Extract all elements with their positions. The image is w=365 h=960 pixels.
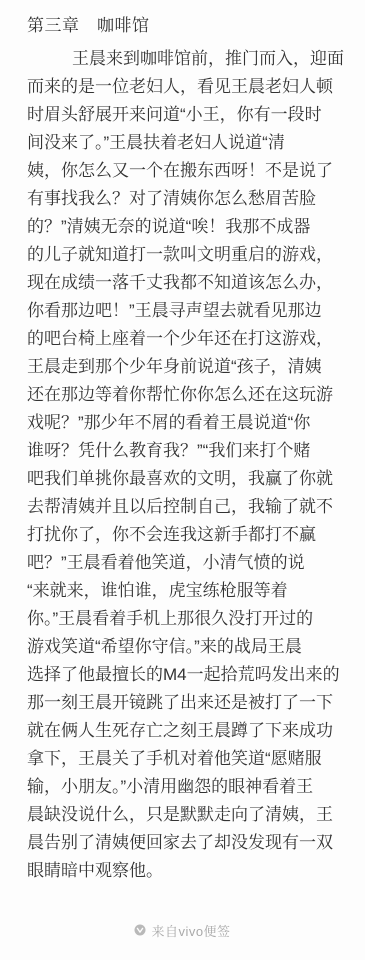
text-line: 你看那边吧！”王晨寻声望去就看见那边 xyxy=(27,297,339,325)
note-page: 第三章 咖啡馆 王晨来到咖啡馆前，推门而入，迎面而来的是一位老妇人，看见王晨老妇… xyxy=(0,0,365,960)
text-line: 晨缺没说什么，只是默默走向了清姨，王 xyxy=(27,801,339,829)
text-line: 那一刻王晨开镜跳了出来还是被打了一下 xyxy=(27,689,339,717)
source-label: 来自vivo便签 xyxy=(151,921,230,940)
text-line: 吧？”王晨看着他笑道，小清气愤的说 xyxy=(27,549,339,577)
text-line: 游戏笑道“希望你守信。”来的战局王晨 xyxy=(27,633,339,661)
text-line: 姨，你怎么又一个在搬东西呀！不是说了 xyxy=(27,157,339,185)
text-line: 就在俩人生死存亡之刻王晨蹲了下来成功 xyxy=(27,717,339,745)
text-line: 而来的是一位老妇人，看见王晨老妇人顿 xyxy=(27,73,339,101)
source-footer: 来自vivo便签 xyxy=(0,920,365,940)
text-line: 戏呢？”那少年不屑的看着王晨说道“你 xyxy=(27,409,339,437)
text-line: 现在成绩一落千丈我都不知道该怎么办， xyxy=(27,269,339,297)
text-line: 的儿子就知道打一款叫文明重启的游戏， xyxy=(27,241,339,269)
text-line: 拿下，王晨关了手机对着他笑道“愿赌服 xyxy=(27,745,339,773)
chapter-title: 第三章 咖啡馆 xyxy=(27,13,339,39)
text-line: “来就来，谁怕谁，虎宝练枪服等着 xyxy=(27,577,339,605)
text-line: 你。”王晨看着手机上那很久没打开过的 xyxy=(27,605,339,633)
text-line: 吧我们单挑你最喜欢的文明，我赢了你就 xyxy=(27,465,339,493)
text-line: 打扰你了，你不会连我这新手都打不赢 xyxy=(27,521,339,549)
text-line: 谁呀？凭什么教育我？”“我们来打个赌 xyxy=(27,437,339,465)
text-line: 间没来了。”王晨扶着老妇人说道“清 xyxy=(27,129,339,157)
text-line: 王晨走到那个少年身前说道“孩子，清姨 xyxy=(27,353,339,381)
text-line: 去帮清姨并且以后控制自己，我输了就不 xyxy=(27,493,339,521)
text-line: 时眉头舒展开来问道“小王，你有一段时 xyxy=(27,101,339,129)
text-line: 晨告别了清姨便回家去了却没发现有一双 xyxy=(27,829,339,857)
note-body-text: 王晨来到咖啡馆前，推门而入，迎面而来的是一位老妇人，看见王晨老妇人顿时眉头舒展开… xyxy=(27,45,339,885)
note-content: 第三章 咖啡馆 王晨来到咖啡馆前，推门而入，迎面而来的是一位老妇人，看见王晨老妇… xyxy=(0,0,365,885)
text-line: 眼睛暗中观察他。 xyxy=(27,857,339,885)
text-line: 有事找我么？对了清姨你怎么愁眉苦脸 xyxy=(27,185,339,213)
text-line: 的？”清姨无奈的说道“唉！我那不成器 xyxy=(27,213,339,241)
text-line: 王晨来到咖啡馆前，推门而入，迎面 xyxy=(27,45,339,73)
text-line: 选择了他最擅长的M4一起拾荒吗发出来的 xyxy=(27,661,339,689)
text-line: 输，小朋友。”小清用幽怨的眼神看着王 xyxy=(27,773,339,801)
text-line: 还在那边等着你帮忙你你怎么还在这玩游 xyxy=(27,381,339,409)
vivo-notes-logo-icon xyxy=(134,924,146,936)
text-line: 的吧台椅上座着一个少年还在打这游戏， xyxy=(27,325,339,353)
